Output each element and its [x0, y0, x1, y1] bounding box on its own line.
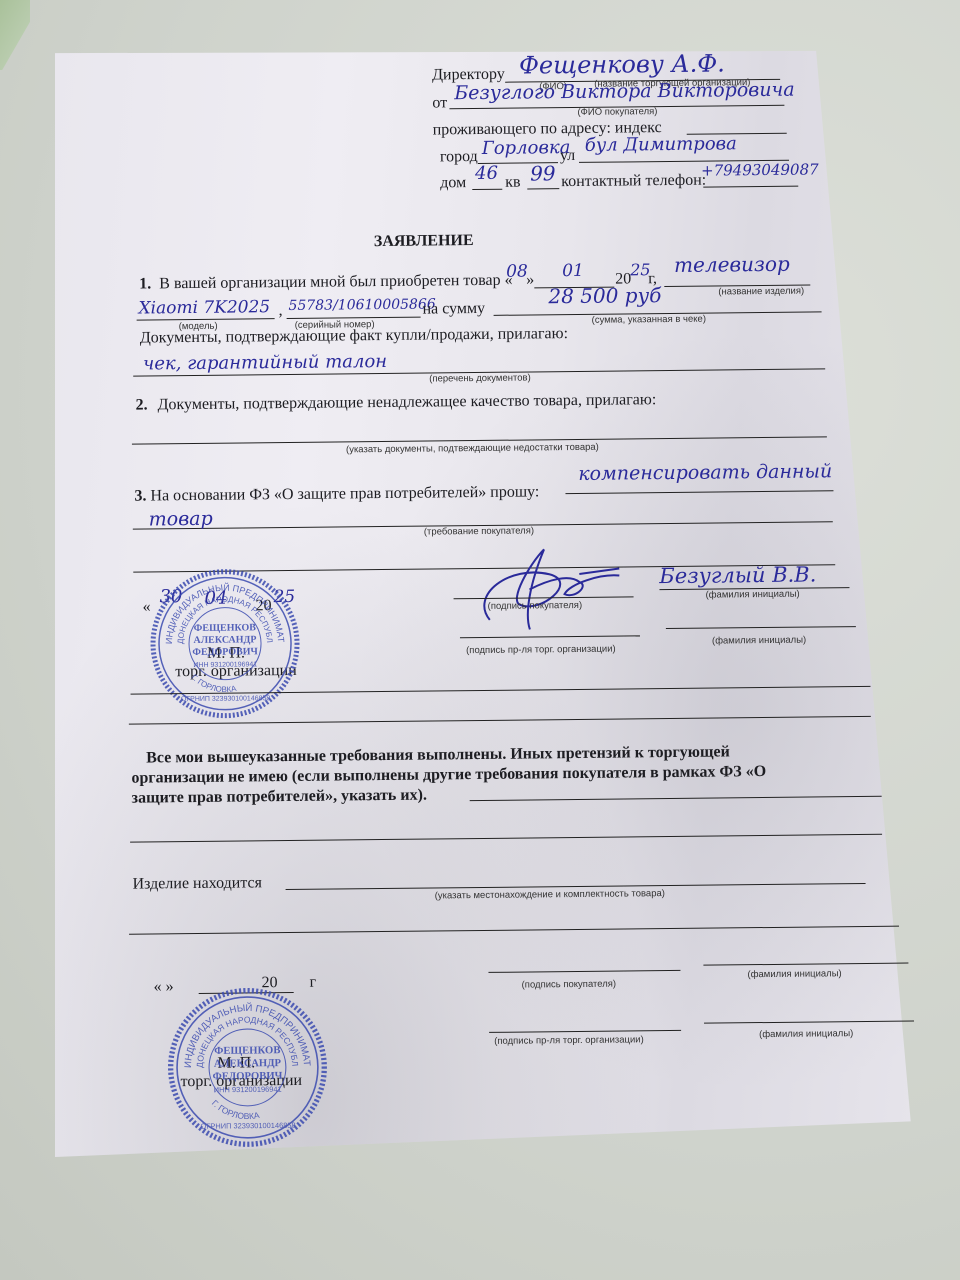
sum-value[interactable]: 28 500 руб — [548, 283, 661, 308]
phone-label: контактный телефон: — [561, 172, 706, 192]
from-value[interactable]: Безуглого Виктора Викторовича — [454, 79, 795, 105]
item-location-label: Изделие находится — [132, 874, 262, 893]
seller-name-cap-2: (фамилия инициалы) — [759, 1028, 853, 1040]
request-value-line1[interactable]: компенсировать данный — [578, 460, 832, 485]
product-name[interactable]: телевизор — [674, 252, 790, 277]
svg-text:ФЕЩЕНКОВ: ФЕЩЕНКОВ — [214, 1045, 280, 1057]
svg-text:ОГРНИП 323930100146858: ОГРНИП 323930100146858 — [200, 1121, 295, 1131]
completion-text-line3: защите прав потребителей», указать их). — [132, 787, 427, 808]
buyer-signature — [469, 543, 630, 635]
completion-text-line2: организации не имею (если выполнены друг… — [131, 763, 766, 788]
section2-number: 2. — [135, 396, 147, 414]
product-cap: (название изделия) — [718, 286, 804, 298]
request-value-line2[interactable]: товар — [149, 508, 213, 531]
section2-text: Документы, подтверждающие ненадлежащее к… — [157, 391, 656, 414]
docs-value[interactable]: чек, гарантийный талон — [143, 351, 387, 375]
city-label: город — [440, 148, 478, 166]
seal-stamp-1: ИНДИВИДУАЛЬНЫЙ ПРЕДПРИНИМАТЕЛЬ ДОНЕЦКАЯ … — [149, 568, 301, 720]
house-label: дом — [440, 174, 466, 192]
name-cap-2: (фамилия инициалы) — [747, 968, 841, 980]
section1-text: В вашей организации мной был приобретен … — [159, 272, 513, 294]
from-cap: (ФИО покупателя) — [577, 106, 657, 118]
purchase-day[interactable]: 08 — [506, 261, 528, 281]
seller-name-cap: (фамилия инициалы) — [712, 635, 806, 647]
section3-number: 3. — [134, 487, 146, 505]
from-label: от — [432, 94, 447, 112]
seal-stamp-2: ИНДИВИДУАЛЬНЫЙ ПРЕДПРИНИМАТЕЛЬ ДОНЕЦКАЯ … — [167, 987, 329, 1149]
item-location-cap: (указать местонахождение и комплектность… — [435, 888, 665, 901]
section3-text: На основании ФЗ «О защите прав потребите… — [150, 483, 539, 505]
buyer-name[interactable]: Безуглый В.В. — [659, 562, 816, 588]
svg-text:ИНН 931200196941: ИНН 931200196941 — [214, 1085, 282, 1095]
svg-text:АЛЕКСАНДР: АЛЕКСАНДР — [214, 1058, 282, 1070]
sum-label: на сумму — [422, 300, 485, 319]
svg-text:ОГРНИП 323930100146858: ОГРНИП 323930100146858 — [181, 695, 271, 703]
purchase-month[interactable]: 01 — [562, 261, 584, 281]
section1-number: 1. — [139, 275, 151, 293]
serial-value[interactable]: 55783/10610005866 — [288, 296, 435, 314]
apt-value[interactable]: 99 — [530, 161, 556, 185]
svg-text:ИНН 931200196941: ИНН 931200196941 — [193, 661, 257, 669]
sum-cap: (сумма, указанная в чеке) — [592, 314, 706, 326]
buyer-sig-cap-2: (подпись покупателя) — [522, 979, 617, 991]
house-value[interactable]: 46 — [475, 163, 498, 184]
svg-text:Г. ГОРЛОВКА: Г. ГОРЛОВКА — [210, 1097, 261, 1121]
director-value[interactable]: Фещенкову А.Ф. — [519, 49, 725, 79]
street-label: ул — [560, 147, 575, 165]
buyer-name-cap: (фамилия инициалы) — [705, 589, 799, 601]
model-value[interactable]: Xiaomi 7K2025 — [138, 297, 270, 318]
document: Директору Фещенкову А.Ф. (ФИО) (название… — [0, 0, 960, 1280]
section3-cap: (требование покупателя) — [424, 525, 534, 537]
docs-text: Документы, подтверждающие факт купли/про… — [140, 325, 568, 347]
seller-sig-cap: (подпись пр-ля торг. организации) — [466, 644, 616, 657]
svg-text:Г. ГОРЛОВКА: Г. ГОРЛОВКА — [190, 672, 238, 694]
svg-text:ФЕДОРОВИЧ: ФЕДОРОВИЧ — [192, 646, 258, 658]
svg-text:ФЕЩЕНКОВ: ФЕЩЕНКОВ — [194, 622, 257, 634]
section2-cap: (указать документы, подтвеждающие недост… — [346, 442, 599, 456]
page-title: ЗАЯВЛЕНИЕ — [374, 232, 474, 251]
svg-text:АЛЕКСАНДР: АЛЕКСАНДР — [193, 634, 256, 646]
docs-cap: (перечень документов) — [429, 372, 531, 384]
svg-text:ФЕДОРОВИЧ: ФЕДОРОВИЧ — [213, 1071, 283, 1083]
city-value[interactable]: Горловка — [482, 137, 571, 159]
seller-sig-cap-2: (подпись пр-ля торг. организации) — [494, 1034, 644, 1047]
buyer-sig-cap: (подпись покупателя) — [488, 600, 583, 612]
street-value[interactable]: бул Димитрова — [585, 133, 737, 156]
phone-value[interactable]: +79493049087 — [701, 160, 819, 179]
apt-label: кв — [505, 174, 521, 192]
